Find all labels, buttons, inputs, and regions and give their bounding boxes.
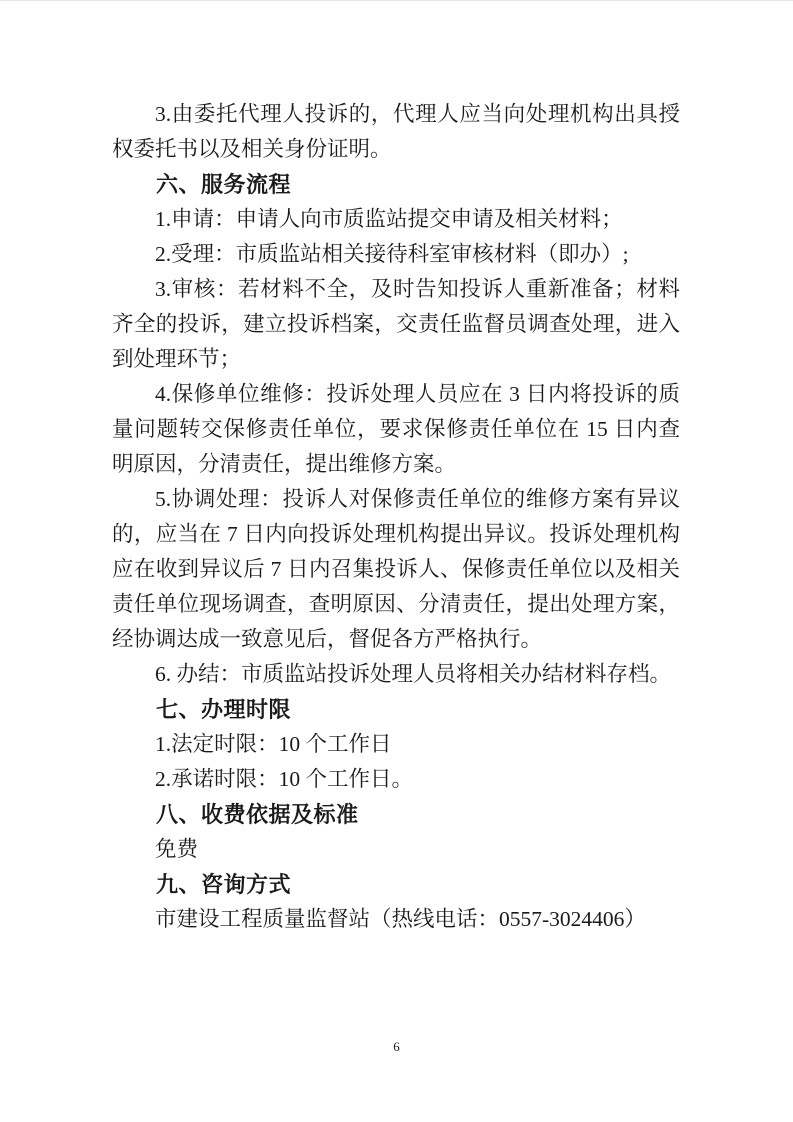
paragraph: 2.受理：市质监站相关接待科室审核材料（即办）; — [112, 237, 680, 272]
paragraph: 2.承诺时限：10 个工作日。 — [112, 762, 680, 797]
page-number: 6 — [0, 1039, 793, 1055]
paragraph: 4.保修单位维修：投诉处理人员应在 3 日内将投诉的质量问题转交保修责任单位，要… — [112, 377, 680, 482]
section-heading: 八、收费依据及标准 — [112, 797, 680, 832]
document-page: 3.由委托代理人投诉的，代理人应当向处理机构出具授权委托书以及相关身份证明。六、… — [0, 0, 793, 1122]
paragraph: 1.法定时限：10 个工作日 — [112, 727, 680, 762]
section-heading: 七、办理时限 — [112, 692, 680, 727]
paragraph: 5.协调处理：投诉人对保修责任单位的维修方案有异议的，应当在 7 日内向投诉处理… — [112, 482, 680, 657]
section-heading: 九、咨询方式 — [112, 867, 680, 902]
paragraph: 1.申请：申请人向市质监站提交申请及相关材料； — [112, 202, 680, 237]
paragraph: 3.审核：若材料不全，及时告知投诉人重新准备；材料齐全的投诉，建立投诉档案，交责… — [112, 272, 680, 377]
paragraph: 6. 办结：市质监站投诉处理人员将相关办结材料存档。 — [112, 657, 680, 692]
paragraph: 3.由委托代理人投诉的，代理人应当向处理机构出具授权委托书以及相关身份证明。 — [112, 97, 680, 167]
section-heading: 六、服务流程 — [112, 167, 680, 202]
paragraph: 市建设工程质量监督站（热线电话：0557-3024406） — [112, 902, 680, 937]
document-body: 3.由委托代理人投诉的，代理人应当向处理机构出具授权委托书以及相关身份证明。六、… — [112, 97, 680, 937]
paragraph: 免费 — [112, 832, 680, 867]
